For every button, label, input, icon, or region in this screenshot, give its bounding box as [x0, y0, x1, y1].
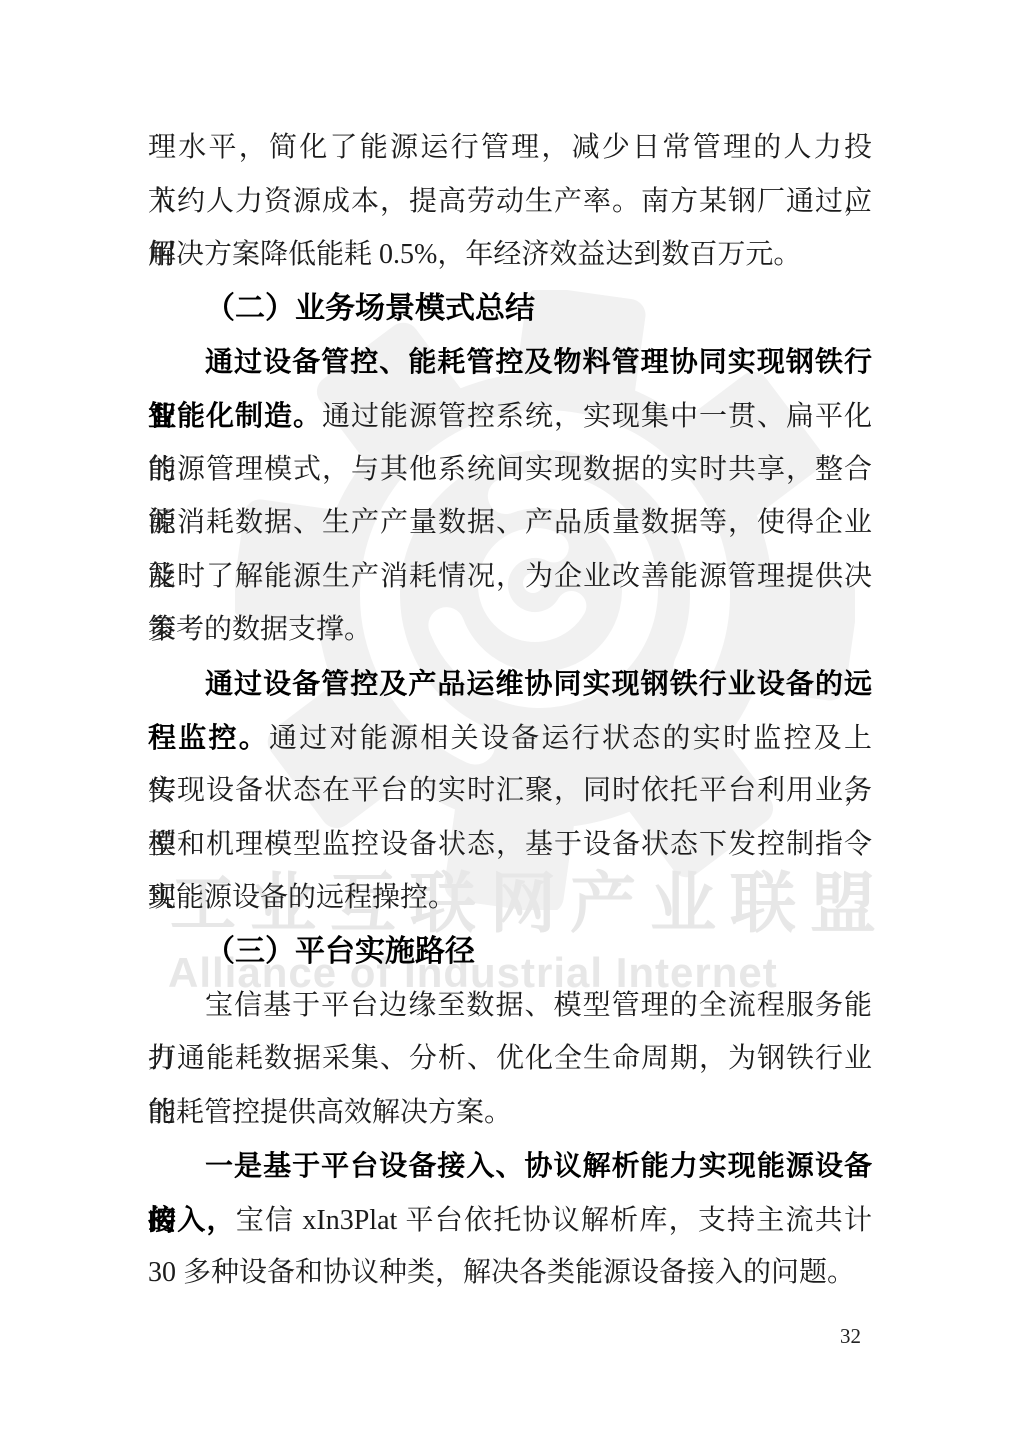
text-line: 型和机理模型监控设备状态，基于设备状态下发控制指令实: [148, 818, 872, 872]
text-line: 及时了解能源生产消耗情况，为企业改善能源管理提供决策: [148, 550, 872, 604]
text-block: 理水平，简化了能源运行管理，减少日常管理的人力投入，节约人力资源成本，提高劳动生…: [148, 121, 872, 1300]
text-line: 能耗管控提供高效解决方案。: [148, 1086, 872, 1140]
text-segment: 智能化制造。: [148, 400, 322, 431]
text-line: 智能化制造。通过能源管控系统，实现集中一贯、扁平化的: [148, 389, 872, 443]
text-line: 实现设备状态在平台的实时汇聚，同时依托平台利用业务模: [148, 764, 872, 818]
text-segment: 通过设备管控及产品运维协同实现钢铁行业设备的远: [205, 668, 872, 699]
text-line: 节约人力资源成本，提高劳动生产率。南方某钢厂通过应用: [148, 175, 872, 229]
text-segment: 现能源设备的远程操控。: [148, 882, 456, 913]
text-line: 打通能耗数据采集、分析、优化全生命周期，为钢铁行业的: [148, 1032, 872, 1086]
page-number: 32: [840, 1324, 861, 1349]
text-line: 30 多种设备和协议种类，解决各类能源设备接入的问题。: [148, 1246, 872, 1300]
text-segment: 程监控。: [148, 722, 269, 753]
text-line: 通过设备管控及产品运维协同实现钢铁行业设备的远: [148, 657, 872, 711]
section-heading: （二）业务场景模式总结: [148, 282, 872, 336]
text-line: 一是基于平台设备接入、协议解析能力实现能源设备的: [148, 1139, 872, 1193]
document-page: { "page": { "number": "32" }, "watermark…: [0, 0, 1019, 1440]
text-segment: 宝信 xIn3Plat 平台依托协议解析库，支持主流共计: [236, 1205, 872, 1236]
text-segment: 解决方案降低能耗 0.5%，年经济效益达到数百万元。: [148, 239, 801, 270]
text-segment: 接入，: [148, 1204, 236, 1235]
text-segment: （三）平台实施路径: [205, 935, 475, 968]
text-segment: 能耗管控提供高效解决方案。: [148, 1097, 512, 1128]
text-line: 理水平，简化了能源运行管理，减少日常管理的人力投入，: [148, 121, 872, 175]
text-segment: （二）业务场景模式总结: [205, 292, 535, 325]
text-line: 参考的数据支撑。: [148, 603, 872, 657]
text-line: 程监控。通过对能源相关设备运行状态的实时监控及上传，: [148, 711, 872, 765]
text-segment: 30 多种设备和协议种类，解决各类能源设备接入的问题。: [148, 1257, 855, 1288]
text-line: 能源管理模式，与其他系统间实现数据的实时共享，整合能: [148, 443, 872, 497]
text-line: 接入，宝信 xIn3Plat 平台依托协议解析库，支持主流共计: [148, 1193, 872, 1247]
text-line: 宝信基于平台边缘至数据、模型管理的全流程服务能力: [148, 979, 872, 1033]
text-segment: 参考的数据支撑。: [148, 614, 372, 645]
text-line: 解决方案降低能耗 0.5%，年经济效益达到数百万元。: [148, 228, 872, 282]
text-line: 现能源设备的远程操控。: [148, 871, 872, 925]
text-line: 源消耗数据、生产产量数据、产品质量数据等，使得企业能: [148, 496, 872, 550]
section-heading: （三）平台实施路径: [148, 925, 872, 979]
text-line: 通过设备管控、能耗管控及物料管理协同实现钢铁行业: [148, 335, 872, 389]
